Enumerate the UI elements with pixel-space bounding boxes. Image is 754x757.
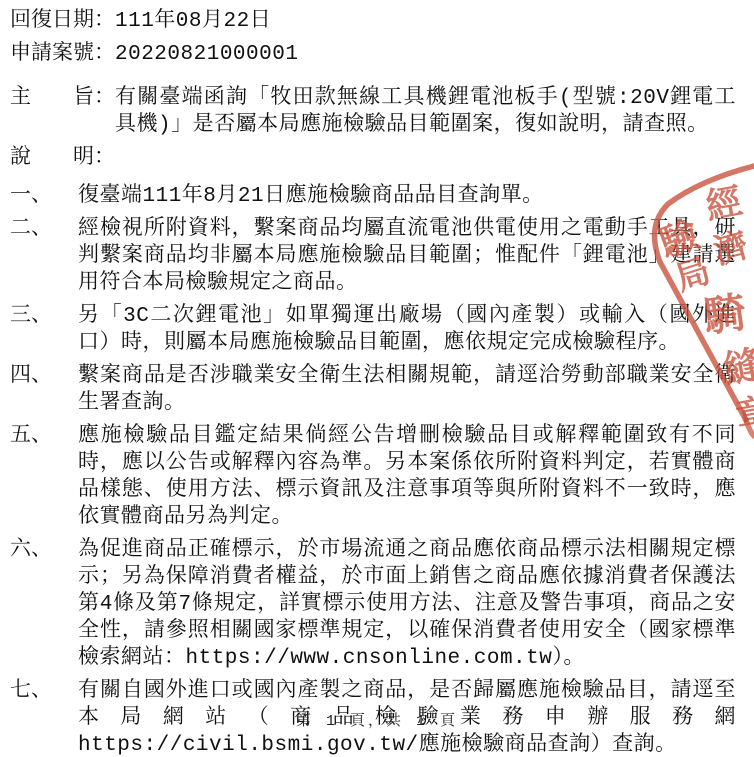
- item-text: 另「3C二次鋰電池」如單獨運出廠場（國內產製）或輸入（國外進口）時，則屬本局應施…: [78, 303, 736, 357]
- reply-date-value: 111年08月22日: [115, 8, 736, 35]
- stamp-char: 章: [733, 393, 754, 435]
- explanation-items: 一、 復臺端111年8月21日應施檢驗商品品目查詢單。 二、 經檢視所附資料，繫…: [10, 183, 736, 757]
- case-number-label: 申請案號：: [10, 41, 115, 68]
- explanation-heading-row: 說 明：: [10, 145, 736, 172]
- page-footer: 第 1 頁，共 1 頁: [0, 708, 754, 735]
- list-item: 五、 應施檢驗品目鑑定結果倘經公告增刪檢驗品目或解釋範圍致有不同時，應以公告或解…: [10, 423, 736, 531]
- subject-text: 有關臺端函詢「牧田款無線工具機鋰電池板手(型號:20V鋰電工具機)」是否屬本局應…: [115, 85, 736, 139]
- list-item: 六、 為促進商品正確標示，於市場流通之商品應依商品標示法相關規定標示；另為保障消…: [10, 537, 736, 672]
- case-number-row: 申請案號： 20220821000001: [10, 41, 736, 68]
- item-text: 經檢視所附資料，繫案商品均屬直流電池供電使用之電動手工具，研判繫案商品均非屬本局…: [78, 216, 736, 297]
- item-text: 為促進商品正確標示，於市場流通之商品應依商品標示法相關規定標示；另為保障消費者權…: [78, 537, 736, 672]
- item-number: 四、: [10, 363, 78, 417]
- list-item: 四、 繫案商品是否涉職業安全衛生法相關規範，請逕洽勞動部職業安全衛生署查詢。: [10, 363, 736, 417]
- item-number: 六、: [10, 537, 78, 672]
- item-number: 二、: [10, 216, 78, 297]
- list-item: 三、 另「3C二次鋰電池」如單獨運出廠場（國內產製）或輸入（國外進口）時，則屬本…: [10, 303, 736, 357]
- item-number: 五、: [10, 423, 78, 531]
- explanation-label: 說 明：: [10, 145, 115, 172]
- list-item: 一、 復臺端111年8月21日應施檢驗商品品目查詢單。: [10, 183, 736, 210]
- case-number-value: 20220821000001: [115, 41, 736, 68]
- document-page: 回復日期： 111年08月22日 申請案號： 20220821000001 主 …: [0, 0, 754, 757]
- list-item: 二、 經檢視所附資料，繫案商品均屬直流電池供電使用之電動手工具，研判繫案商品均非…: [10, 216, 736, 297]
- item-text: 繫案商品是否涉職業安全衛生法相關規範，請逕洽勞動部職業安全衛生署查詢。: [78, 363, 736, 417]
- reply-date-row: 回復日期： 111年08月22日: [10, 8, 736, 35]
- item-number: 三、: [10, 303, 78, 357]
- reply-date-label: 回復日期：: [10, 8, 115, 35]
- subject-label: 主 旨：: [10, 85, 115, 139]
- document-body: 回復日期： 111年08月22日 申請案號： 20220821000001 主 …: [10, 8, 736, 757]
- subject-row: 主 旨： 有關臺端函詢「牧田款無線工具機鋰電池板手(型號:20V鋰電工具機)」是…: [10, 85, 736, 139]
- item-text: 復臺端111年8月21日應施檢驗商品品目查詢單。: [78, 183, 736, 210]
- item-text: 應施檢驗品目鑑定結果倘經公告增刪檢驗品目或解釋範圍致有不同時，應以公告或解釋內容…: [78, 423, 736, 531]
- item-number: 一、: [10, 183, 78, 210]
